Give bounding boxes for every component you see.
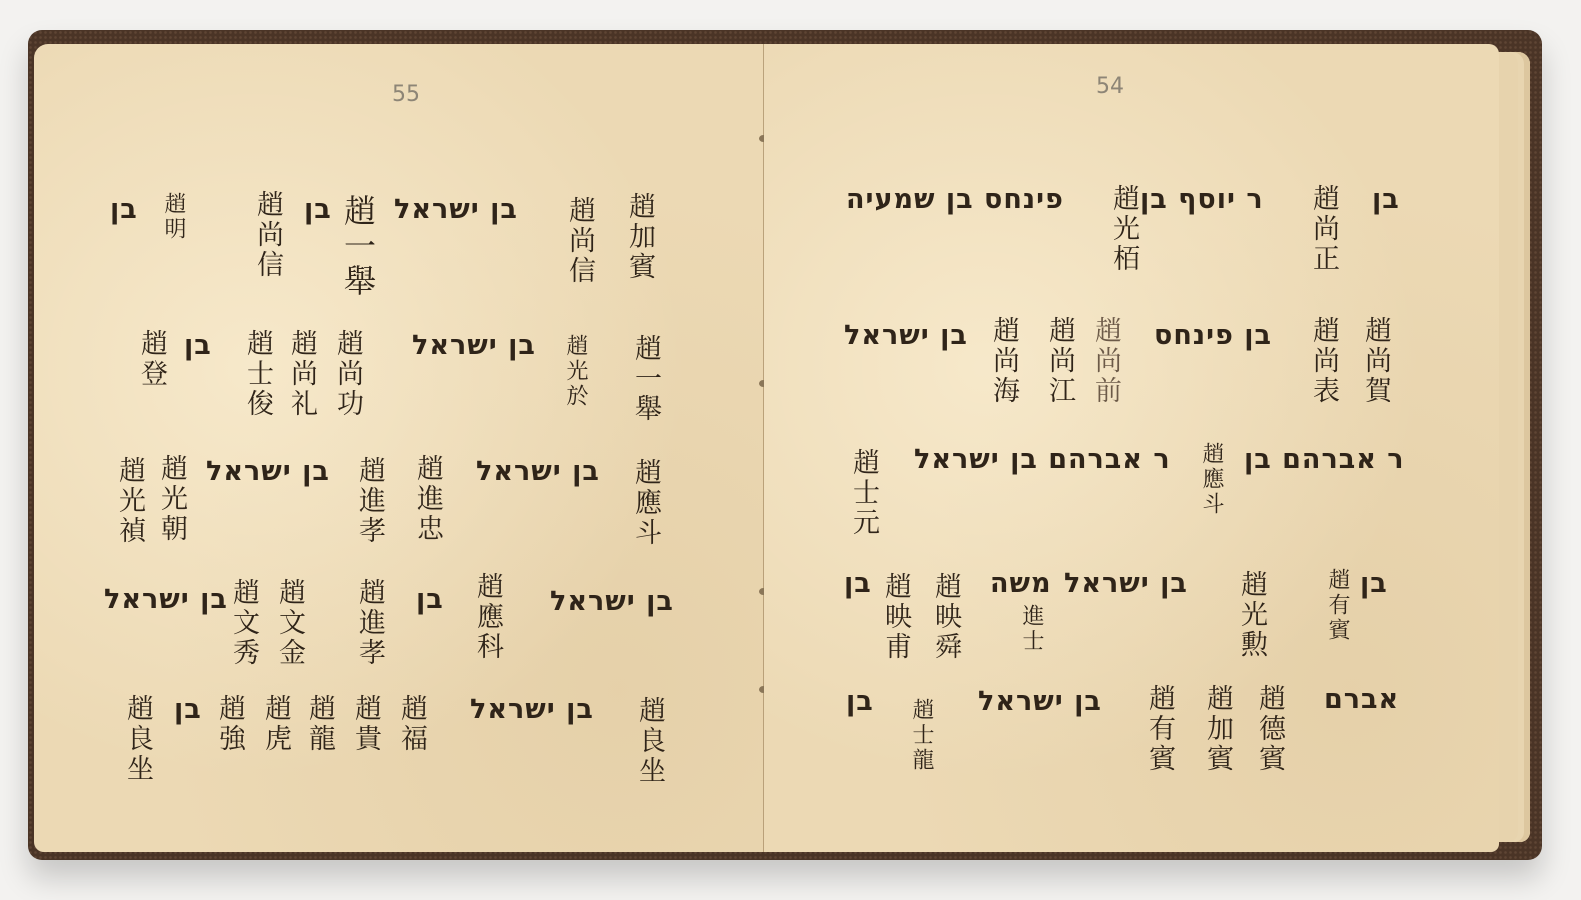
chinese-name: 趙尚信	[566, 196, 593, 286]
hebrew-name: בן	[110, 194, 138, 225]
hebrew-name: בן ישראל	[844, 320, 968, 351]
hebrew-name: בן ישראל	[476, 456, 600, 487]
chinese-name: 趙進孝	[356, 578, 383, 668]
chinese-name: 趙有賓	[1146, 684, 1173, 774]
chinese-name: 趙光禎	[116, 456, 143, 546]
chinese-name: 趙進孝	[356, 456, 383, 546]
chinese-name: 趙良坐	[636, 696, 663, 786]
hebrew-name: בן	[844, 568, 872, 599]
chinese-name: 趙一舉	[632, 334, 659, 424]
chinese-name: 趙士元	[850, 448, 877, 538]
chinese-name: 趙文秀	[230, 578, 257, 668]
chinese-name: 趙強	[216, 694, 243, 754]
chinese-name: 趙良坐	[124, 694, 151, 784]
chinese-name: 趙貴	[352, 694, 379, 754]
chinese-name: 趙文金	[276, 578, 303, 668]
hebrew-name: בן פינחס	[1154, 320, 1272, 351]
chinese-name: 趙尚海	[990, 316, 1017, 406]
hebrew-name: ר אברהם בן ישראל	[914, 444, 1171, 475]
chinese-name: 趙進忠	[414, 454, 441, 544]
hebrew-name: בן	[1372, 184, 1400, 215]
chinese-name: 趙福	[398, 694, 425, 754]
chinese-name: 趙光栢	[1110, 184, 1137, 274]
hebrew-name: אברם	[1324, 684, 1399, 715]
chinese-name: 趙尚功	[334, 329, 361, 419]
chinese-name: 趙應科	[474, 572, 501, 662]
hebrew-name: בן ישראל	[470, 694, 594, 725]
hebrew-name: בן	[846, 686, 874, 717]
hebrew-name: בן ישראל	[104, 584, 228, 615]
chinese-name: 趙虎	[262, 694, 289, 754]
hebrew-name: ר אברהם בן	[1244, 444, 1405, 475]
hebrew-name: בן ישראל	[394, 194, 518, 225]
chinese-name: 趙龍	[306, 694, 333, 754]
page-number: 54	[1096, 74, 1124, 99]
chinese-name: 趙德賓	[1256, 684, 1283, 774]
chinese-name: 趙有賓	[1326, 568, 1348, 643]
chinese-name: 趙映甫	[882, 572, 909, 662]
left-page: 55 趙加賓 趙尚信 בן ישראל 趙一舉 בן 趙尚信 趙明 בן 趙一舉…	[34, 44, 764, 852]
chinese-name: 趙尚江	[1046, 316, 1073, 406]
chinese-name: 趙加賓	[1204, 684, 1231, 774]
page-number: 55	[392, 82, 420, 107]
chinese-name: 趙尚前	[1092, 316, 1119, 406]
chinese-name: 趙尚賀	[1362, 316, 1389, 406]
chinese-name: 趙明	[162, 192, 184, 242]
chinese-name: 趙加賓	[626, 192, 653, 282]
hebrew-name: בן ישראל	[412, 330, 536, 361]
chinese-name: 趙尚信	[254, 190, 281, 280]
hebrew-name: בן ישראל	[978, 686, 1102, 717]
chinese-name: 趙應斗	[1200, 442, 1222, 517]
hebrew-name: ר יוסף בן	[1140, 184, 1264, 215]
chinese-name: 趙光勲	[1238, 570, 1265, 660]
chinese-name: 趙登	[138, 329, 165, 389]
hebrew-name: בן ישראל	[1064, 568, 1188, 599]
chinese-name: 趙光朝	[158, 454, 185, 544]
right-page: 54 בן 趙尚正 ר יוסף בן 趙光栢 פינחס בן שמעיה 趙…	[764, 44, 1499, 852]
hebrew-name: בן	[304, 194, 332, 225]
chinese-name: 趙映舜	[932, 572, 959, 662]
hebrew-name: בן	[416, 584, 444, 615]
hebrew-name: פינחס בן שמעיה	[846, 184, 1064, 215]
hebrew-name: משה	[990, 568, 1052, 599]
chinese-name: 趙尚表	[1310, 316, 1337, 406]
hebrew-name: בן	[174, 694, 202, 725]
chinese-name: 趙應斗	[632, 458, 659, 548]
hebrew-name: בן	[184, 330, 212, 361]
chinese-name: 趙尚礼	[288, 329, 315, 419]
chinese-name: 趙士俊	[244, 329, 271, 419]
chinese-name: 趙士龍	[910, 698, 932, 773]
chinese-name: 趙光於	[564, 334, 586, 409]
chinese-name: 進士	[1020, 604, 1042, 654]
chinese-name: 趙尚正	[1310, 184, 1337, 274]
chinese-name: 趙一舉	[342, 194, 374, 299]
hebrew-name: בן	[1360, 568, 1388, 599]
hebrew-name: בן ישראל	[206, 456, 330, 487]
hebrew-name: בן ישראל	[550, 586, 674, 617]
